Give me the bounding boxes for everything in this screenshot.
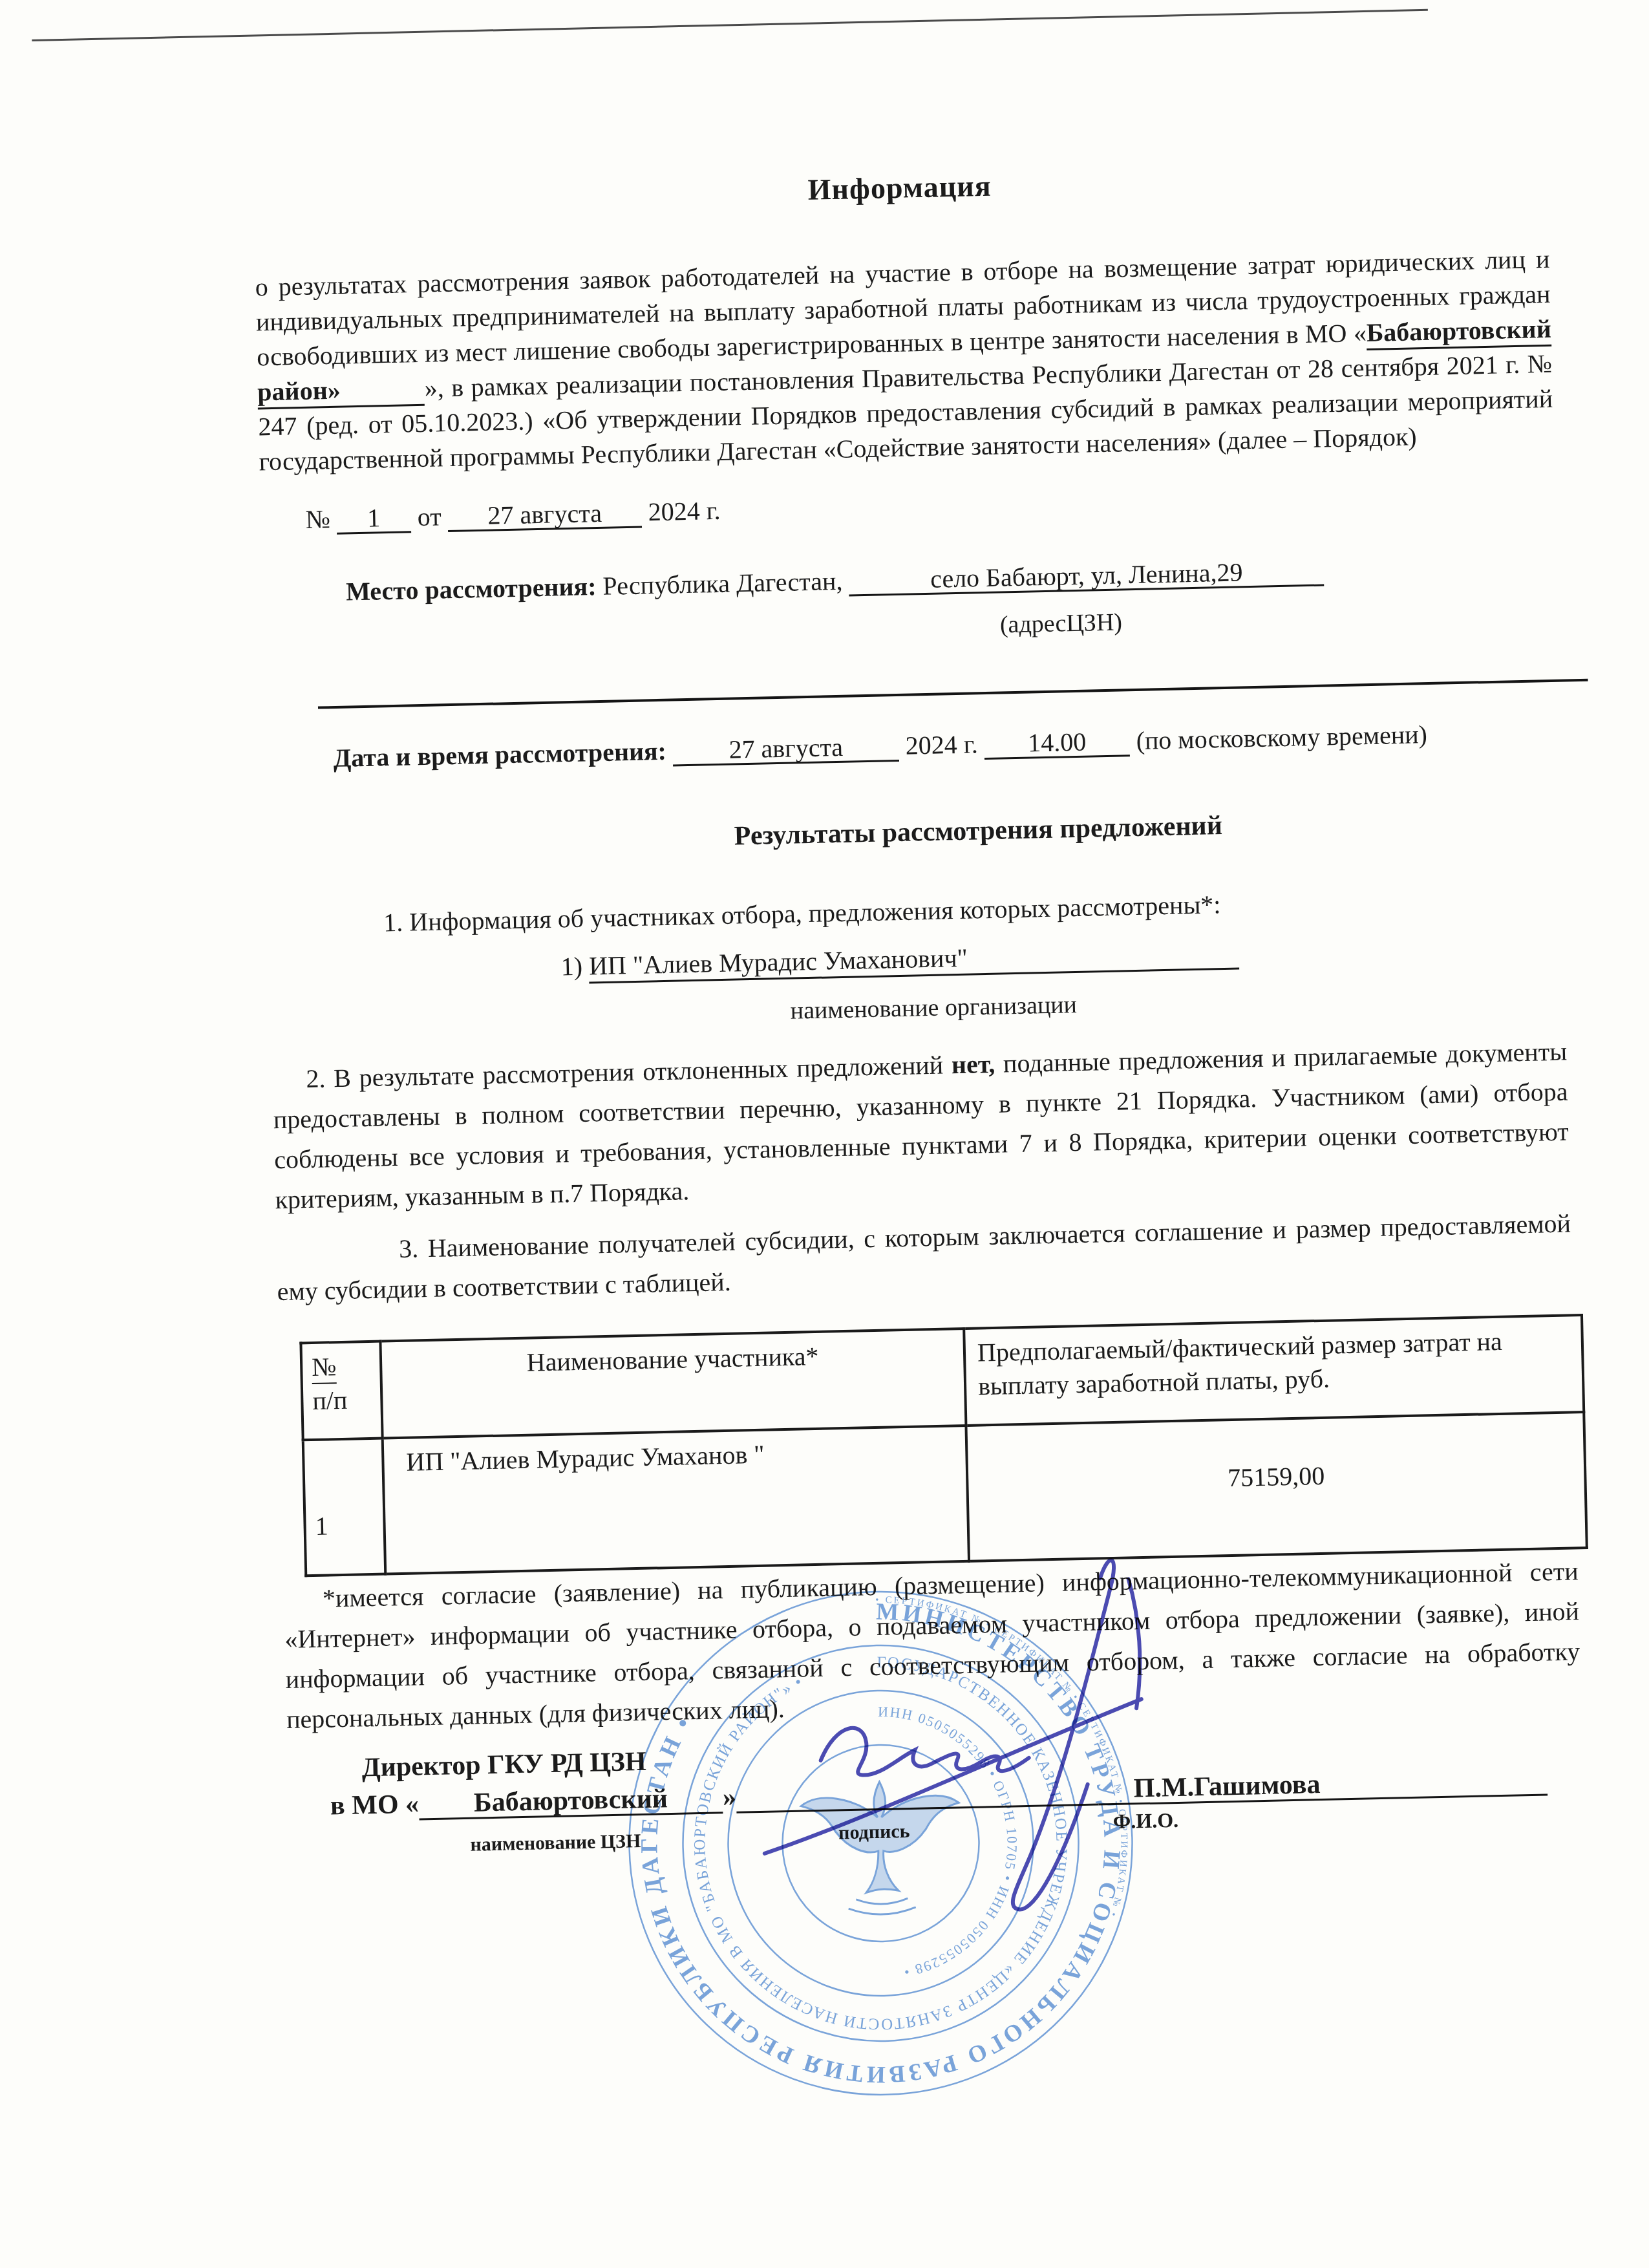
- datetime-year: 2024 г.: [905, 729, 978, 760]
- participant-name: ИП "Алиев Мурадис Умаханович": [589, 943, 968, 981]
- num-sign: №: [312, 1352, 337, 1384]
- cell-amount: 75159,00: [966, 1412, 1586, 1561]
- datetime-date-value: 27 августа: [672, 733, 899, 767]
- place-region: Республика Дагестан,: [602, 566, 843, 601]
- blank-extension: [341, 397, 425, 399]
- table-header-name: Наименование участника*: [380, 1329, 966, 1439]
- scanned-document-page: Информация о результатах рассмотрения за…: [0, 0, 1649, 2268]
- protocol-date-value: 27 августа: [447, 499, 642, 533]
- protocol-from-label: от: [417, 502, 442, 531]
- scan-artifact-line: [32, 9, 1428, 41]
- participant-name-underlined: ИП "Алиев Мурадис Умаханович": [589, 937, 1240, 984]
- num-sign-2: п/п: [312, 1385, 348, 1415]
- section2-emphasis: нет,: [951, 1049, 995, 1079]
- handwritten-signature-icon: [719, 1538, 1233, 1976]
- intro-text-1: о результатах рассмотрения заявок работо…: [255, 244, 1551, 372]
- datetime-label: Дата и время рассмотрения:: [333, 736, 666, 773]
- place-label: Место рассмотрения:: [346, 572, 597, 606]
- datetime-suffix: (по московскому времени): [1136, 720, 1427, 755]
- caption-czn: наименование ЦЗН: [470, 1830, 641, 1856]
- section1-line: 1. Информация об участниках отбора, пред…: [383, 889, 1221, 937]
- scan-tilt-wrapper: Информация о результатах рассмотрения за…: [0, 0, 1649, 2267]
- protocol-no-label: №: [305, 504, 330, 534]
- participant-line: 1) ИП "Алиев Мурадис Умаханович": [560, 937, 1239, 982]
- intro-paragraph: о результатах рассмотрения заявок работо…: [255, 242, 1554, 480]
- section2-paragraph: 2. В результате рассмотрения отклоненных…: [272, 1032, 1570, 1221]
- participant-caption: наименование организации: [752, 990, 1115, 1026]
- cell-num: 1: [303, 1439, 386, 1576]
- section2-lead: 2. В результате рассмотрения отклоненных…: [306, 1050, 952, 1093]
- separator-line: [318, 679, 1588, 709]
- document-title: Информация: [253, 156, 1546, 219]
- signature-title-line: Директор ГКУ РД ЦЗН: [361, 1746, 646, 1784]
- table-header-amount: Предполагаемый/фактический размер затрат…: [964, 1315, 1584, 1426]
- participant-index: 1): [560, 952, 582, 981]
- datetime-line: Дата и время рассмотрения: 27 августа 20…: [333, 719, 1427, 774]
- intro-text-2: », в рамках реализации постановления Пра…: [258, 349, 1553, 476]
- sig-mo-prefix: в МО «: [330, 1790, 420, 1821]
- protocol-number-line: № 1 от 27 августа 2024 г.: [305, 495, 721, 535]
- subsidy-table: № п/п Наименование участника* Предполага…: [299, 1314, 1588, 1577]
- row-amount: 75159,00: [1228, 1461, 1325, 1492]
- protocol-no-value: 1: [336, 504, 411, 534]
- results-heading: Результаты рассмотрения предложений: [332, 801, 1625, 861]
- row-number: 1: [315, 1511, 328, 1540]
- section3-paragraph: 3. Наименование получателей субсидии, с …: [276, 1203, 1572, 1312]
- place-caption: (адресЦЗН): [951, 607, 1171, 640]
- blank-extension: [968, 961, 1239, 967]
- place-line: Место рассмотрения: Республика Дагестан,…: [346, 555, 1325, 608]
- row-participant-name: ИП "Алиев Мурадис Умаханов ": [406, 1440, 765, 1477]
- protocol-year: 2024 г.: [648, 496, 721, 526]
- table-header-num: № п/п: [301, 1342, 382, 1440]
- place-address-value: село Бабаюрт, ул, Ленина,29: [849, 557, 1325, 597]
- datetime-time-value: 14.00: [984, 727, 1130, 760]
